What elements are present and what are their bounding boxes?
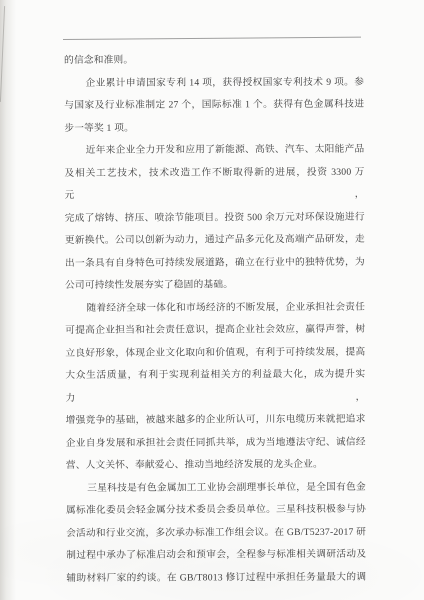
text-line: 步一等奖 1 项。 bbox=[64, 116, 364, 140]
text-line: 辅助材料厂家的约谈。在 GB/T8013 修订过程中承担任务量最大的调 bbox=[66, 566, 366, 590]
document-page: 的信念和准则。企业累计申请国家专利 14 项，获得授权国家专利技术 9 项。参与… bbox=[0, 0, 424, 600]
horizontal-rule bbox=[63, 37, 361, 41]
text-line: 可提高企业担当和社会责任意识，提高企业社会效应，赢得声誉，树 bbox=[65, 319, 365, 343]
document-body: 的信念和准则。企业累计申请国家专利 14 项，获得授权国家专利技术 9 项。参与… bbox=[64, 49, 366, 590]
text-line: 公司可持续性发展夯实了稳固的基础。 bbox=[65, 274, 365, 298]
text-line: 更新换代。公司以创新为动力，通过产品多元化及高端产品研发，走 bbox=[65, 229, 365, 253]
text-line: 增强竞争的基础，被越来越多的企业所认可，川东电缆历来就把追求 bbox=[66, 409, 366, 433]
text-line: 与国家及行业标准制定 27 个，国际标准 1 个。获得有色金属科技进 bbox=[64, 94, 364, 118]
text-line: 近年来企业全力开发和应用了新能源、高铁、汽车、太阳能产品 bbox=[64, 139, 364, 163]
text-line: 及相关工艺技术，技术改造工作不断取得新的进展，投资 3300 万元， bbox=[64, 161, 364, 207]
text-line: 三星科技是有色金属加工工业协会副理事长单位，是全国有色金 bbox=[66, 476, 366, 500]
scan-edge-artifact bbox=[0, 6, 5, 102]
text-line: 的信念和准则。 bbox=[64, 49, 364, 73]
text-line: 企业自身发展和承担社会责任同抓共举，成为当地遵法守纪、诚信经 bbox=[66, 431, 366, 455]
text-line: 大众生活质量，有利于实现利益相关方的利益最大化，成为提升实力， bbox=[65, 364, 365, 410]
text-line: 立良好形象，体现企业文化取向和价值观，有利于可持续发展，提高 bbox=[65, 341, 365, 365]
text-line: 会活动和行业交流，多次承办标准工作组会议。在 GB/T5237-2017 研 bbox=[66, 521, 366, 545]
text-line: 营、人文关怀、奉献爱心、推动当地经济发展的龙头企业。 bbox=[66, 454, 366, 478]
text-line: 制过程中承办了标准启动会和预审会，全程参与标准相关调研活动及 bbox=[66, 544, 366, 568]
text-line: 完成了熔铸、挤压、喷涂节能项目。投资 500 余万元对环保设施进行 bbox=[65, 206, 365, 230]
text-line: 随着经济全球一体化和市场经济的不断发展，企业承担社会责任 bbox=[65, 296, 365, 320]
text-line: 出一条具有自身特色可持续发展道路，确立在行业中的独特优势，为 bbox=[65, 251, 365, 275]
text-line: 企业累计申请国家专利 14 项，获得授权国家专利技术 9 项。参 bbox=[64, 71, 364, 95]
text-line: 属标准化委员会轻金属分技术委员会委员单位。三星科技积极参与协 bbox=[66, 499, 366, 523]
